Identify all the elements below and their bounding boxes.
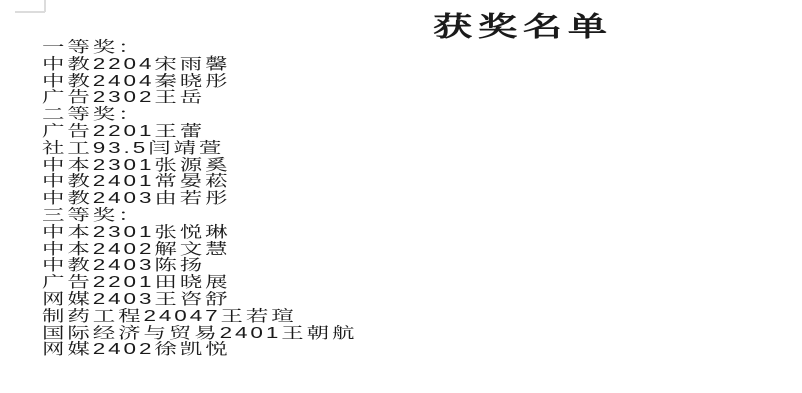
award-entry: 广告2201田晓展: [42, 275, 357, 292]
page-margin-crop-mark-horizontal: [15, 11, 45, 13]
award-tier-header: 一等奖：: [42, 40, 357, 57]
award-entry: 中本2301张悦琳: [42, 225, 357, 242]
document-title: 获奖名单: [433, 5, 613, 44]
award-entry: 中教2403由若彤: [42, 191, 357, 208]
award-entry: 制药工程24047王若瑄: [42, 309, 357, 326]
page-margin-crop-mark-vertical: [44, 0, 46, 12]
award-list: 一等奖：中教2204宋雨馨中教2404秦晓彤广告2302王岳二等奖：广告2201…: [42, 40, 259, 359]
award-tier-header: 二等奖：: [42, 107, 357, 124]
award-entry: 广告2201王蕾: [42, 124, 357, 141]
award-entry: 中教2401常晏菘: [42, 174, 357, 191]
award-entry: 网媒2402徐凯悦: [42, 342, 357, 359]
award-entry: 中教2204宋雨馨: [42, 57, 357, 74]
award-entry: 中本2402解文慧: [42, 242, 357, 259]
award-tier-header: 三等奖：: [42, 208, 357, 225]
award-entry: 国际经济与贸易2401王朝航: [42, 326, 357, 343]
award-entry: 中教2403陈扬: [42, 258, 357, 275]
award-entry: 中本2301张源奚: [42, 158, 357, 175]
award-entry: 社工93.5闫靖萱: [42, 141, 357, 158]
award-entry: 中教2404秦晓彤: [42, 74, 357, 91]
award-entry: 网媒2403王咨舒: [42, 292, 357, 309]
document-page: 获奖名单 一等奖：中教2204宋雨馨中教2404秦晓彤广告2302王岳二等奖：广…: [0, 0, 802, 393]
award-entry: 广告2302王岳: [42, 90, 357, 107]
